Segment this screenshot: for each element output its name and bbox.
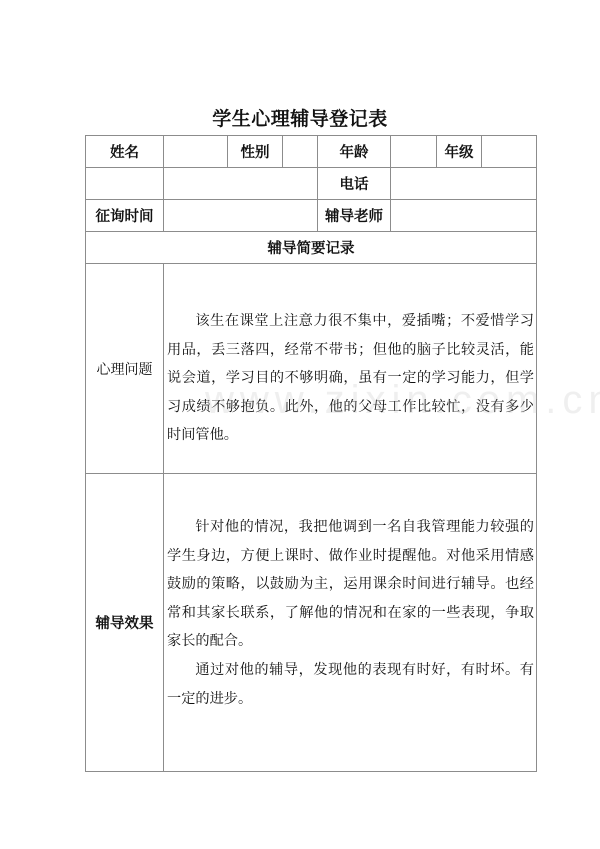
form-row-section-header: 辅导简要记录 xyxy=(86,232,537,264)
form-row-contact: 电话 xyxy=(86,168,537,200)
psych-problem-content[interactable]: 该生在课堂上注意力很不集中，爱插嘴；不爱惜学习用品，丢三落四，经常不带书；但他的… xyxy=(164,264,537,474)
counselor-label: 辅导老师 xyxy=(318,200,391,232)
psych-problem-label: 心理问题 xyxy=(86,264,164,474)
age-label: 年龄 xyxy=(318,136,391,168)
name-field[interactable] xyxy=(164,136,228,168)
form-row-consultation: 征询时间 辅导老师 xyxy=(86,200,537,232)
phone-field[interactable] xyxy=(391,168,537,200)
form-row-basic-info: 姓名 性别 年龄 年级 xyxy=(86,136,537,168)
counseling-effect-label: 辅导效果 xyxy=(86,474,164,772)
gender-label: 性别 xyxy=(228,136,283,168)
counseling-effect-paragraph: 通过对他的辅导，发现他的表现有时好，有时坏。有一定的进步。 xyxy=(167,656,534,713)
section-header-record-summary: 辅导简要记录 xyxy=(86,232,537,264)
page-title: 学生心理辅导登记表 xyxy=(0,106,600,132)
name-label: 姓名 xyxy=(86,136,164,168)
psych-problem-paragraph: 该生在课堂上注意力很不集中，爱插嘴；不爱惜学习用品，丢三落四，经常不带书；但他的… xyxy=(167,307,534,450)
grade-field[interactable] xyxy=(482,136,537,168)
age-field[interactable] xyxy=(391,136,437,168)
blank-label-cell xyxy=(86,168,164,200)
gender-field[interactable] xyxy=(283,136,318,168)
counseling-effect-paragraph: 针对他的情况，我把他调到一名自我管理能力较强的学生身边，方便上课时、做作业时提醒… xyxy=(167,513,534,656)
form-row-psych-problem: 心理问题 该生在课堂上注意力很不集中，爱插嘴；不爱惜学习用品，丢三落四，经常不带… xyxy=(86,264,537,474)
blank-field[interactable] xyxy=(164,168,318,200)
phone-label: 电话 xyxy=(318,168,391,200)
form-row-counseling-effect: 辅导效果 针对他的情况，我把他调到一名自我管理能力较强的学生身边，方便上课时、做… xyxy=(86,474,537,772)
counseling-registration-form: 姓名 性别 年龄 年级 电话 征询时间 辅导老师 辅导简要记录 心理问题 该生在… xyxy=(85,135,537,772)
consult-time-field[interactable] xyxy=(164,200,318,232)
consult-time-label: 征询时间 xyxy=(86,200,164,232)
counseling-effect-content[interactable]: 针对他的情况，我把他调到一名自我管理能力较强的学生身边，方便上课时、做作业时提醒… xyxy=(164,474,537,772)
grade-label: 年级 xyxy=(437,136,482,168)
counselor-field[interactable] xyxy=(391,200,537,232)
